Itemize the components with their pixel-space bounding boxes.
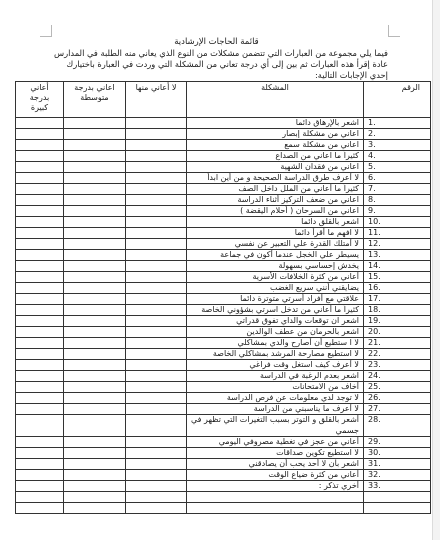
row-problem: يخدش إحساسي بسهولة [187, 261, 364, 272]
row-problem: لا أعرف ما يناسبني من الدراسة [187, 404, 364, 415]
row-number [364, 492, 431, 503]
header-none: لا أعاني منها [126, 82, 187, 118]
table-row: 5.اعاني من فقدان الشهية [16, 162, 431, 173]
table-row: 33.أخري تذكر : [16, 481, 431, 492]
row-problem: لا ا ستطيع أن أصارح والدي بمشاكلي [187, 338, 364, 349]
table-row: 6.لا أعرف طرق الدراسة الصحيحة و من أين ا… [16, 173, 431, 184]
document-title: قائمة الحاجات الإرشادية [0, 37, 433, 47]
table-row: 28.أشعر بالقلق و التوتر بسبب التغيرات ال… [16, 415, 431, 437]
row-problem: اشعر بالحرمان من عطف الوالدين [187, 327, 364, 338]
answer-cell-high[interactable] [16, 371, 64, 382]
answer-cell-none[interactable] [126, 360, 187, 371]
answer-cell-high[interactable] [16, 393, 64, 404]
row-problem: لا افهم ما أقرأ دائما [187, 228, 364, 239]
answer-cell-high[interactable] [16, 129, 64, 140]
table-row: 29.أعاني من عجز في تغطية مصروفي اليومي [16, 437, 431, 448]
answer-cell-medium[interactable] [64, 503, 126, 514]
row-number: 11. [364, 228, 431, 239]
table-row: 17.علاقتي مع أفراد أسرتي متوترة دائما [16, 294, 431, 305]
answer-cell-medium[interactable] [64, 228, 126, 239]
row-number: 4. [364, 151, 431, 162]
answer-cell-none[interactable] [126, 151, 187, 162]
intro-line-3: إحدي الإجابات التالية: [52, 70, 388, 81]
table-row: 18.كثيراً ما أعاني من تدخل اسرتي بشؤوني … [16, 305, 431, 316]
answer-cell-high[interactable] [16, 492, 64, 503]
answer-cell-high[interactable] [16, 305, 64, 316]
row-problem [187, 503, 364, 514]
table-row: 25.أخاف من الامتحانات [16, 382, 431, 393]
answer-cell-none[interactable] [126, 228, 187, 239]
answer-cell-medium[interactable] [64, 184, 126, 195]
answer-cell-high[interactable] [16, 316, 64, 327]
table-row: 27.لا أعرف ما يناسبني من الدراسة [16, 404, 431, 415]
table-row [16, 492, 431, 503]
answer-cell-medium[interactable] [64, 283, 126, 294]
answer-cell-high[interactable] [16, 140, 64, 151]
table-row: 3.اعاني من مشكلة سمع [16, 140, 431, 151]
row-number: 29. [364, 437, 431, 448]
answer-cell-high[interactable] [16, 239, 64, 250]
answer-cell-medium[interactable] [64, 195, 126, 206]
row-problem: أشعر بالقلق و التوتر بسبب التغيرات التي … [187, 415, 364, 437]
answer-cell-none[interactable] [126, 503, 187, 514]
answer-cell-high[interactable] [16, 360, 64, 371]
answer-cell-high[interactable] [16, 184, 64, 195]
row-problem: اعاني من فقدان الشهية [187, 162, 364, 173]
row-number: 9. [364, 206, 431, 217]
answer-cell-none[interactable] [126, 415, 187, 437]
header-problem: المشكلة [187, 82, 364, 118]
row-number: 21. [364, 338, 431, 349]
row-number: 19. [364, 316, 431, 327]
table-row: 8.اعاني من ضعف التركيز أثناء الدراسة [16, 195, 431, 206]
answer-cell-high[interactable] [16, 382, 64, 393]
table-row: 2.اعاني من مشكلة إبصار [16, 129, 431, 140]
answer-cell-medium[interactable] [64, 173, 126, 184]
table-row: 14.يخدش إحساسي بسهولة [16, 261, 431, 272]
table-row: 22.لا استطيع مصارحة المرشد بمشاكلي الخاص… [16, 349, 431, 360]
row-problem: كثيراً ما أعاني من تدخل اسرتي بشؤوني الخ… [187, 305, 364, 316]
row-number: 16. [364, 283, 431, 294]
row-number: 1. [364, 118, 431, 129]
answer-cell-none[interactable] [126, 118, 187, 129]
row-number: 3. [364, 140, 431, 151]
row-problem: لا توجد لدي معلومات عن فرص الدراسة [187, 393, 364, 404]
table-row: 9.اعاني من السرحان ( أحلام اليقضة ) [16, 206, 431, 217]
answer-cell-none[interactable] [126, 316, 187, 327]
answer-cell-none[interactable] [126, 261, 187, 272]
row-problem: اشعر بأن لا أحد يحب أن يصادقني [187, 459, 364, 470]
answer-cell-none[interactable] [126, 349, 187, 360]
answer-cell-medium[interactable] [64, 349, 126, 360]
answer-cell-medium[interactable] [64, 162, 126, 173]
row-problem: أعاني من عجز في تغطية مصروفي اليومي [187, 437, 364, 448]
table-header-row: الرقم المشكلة لا أعاني منها اعاني بدرجة … [16, 82, 431, 118]
table-row: 16.يضايقني أنني سريع الغضب [16, 283, 431, 294]
answer-cell-none[interactable] [126, 129, 187, 140]
header-medium: اعاني بدرجة متوسطة [64, 82, 126, 118]
answer-cell-none[interactable] [126, 162, 187, 173]
row-number: 22. [364, 349, 431, 360]
row-problem: علاقتي مع أفراد أسرتي متوترة دائما [187, 294, 364, 305]
row-problem: لا أعرف كيف استغل وقت فراغي [187, 360, 364, 371]
answer-cell-medium[interactable] [64, 382, 126, 393]
answer-cell-medium[interactable] [64, 338, 126, 349]
intro-line-2: عادة إقرأ هذه العبارات ثم بين إلى أي درج… [52, 59, 388, 70]
crop-mark-top-left [40, 25, 52, 37]
answer-cell-none[interactable] [126, 371, 187, 382]
answer-cell-medium[interactable] [64, 261, 126, 272]
answer-cell-high[interactable] [16, 437, 64, 448]
needs-table: الرقم المشكلة لا أعاني منها اعاني بدرجة … [15, 81, 431, 514]
table-row: 23.لا أعرف كيف استغل وقت فراغي [16, 360, 431, 371]
row-problem: يضايقني أنني سريع الغضب [187, 283, 364, 294]
row-number: 5. [364, 162, 431, 173]
row-problem: اعاني من السرحان ( أحلام اليقضة ) [187, 206, 364, 217]
answer-cell-medium[interactable] [64, 140, 126, 151]
answer-cell-high[interactable] [16, 283, 64, 294]
answer-cell-none[interactable] [126, 283, 187, 294]
row-number: 33. [364, 481, 431, 492]
answer-cell-none[interactable] [126, 481, 187, 492]
answer-cell-high[interactable] [16, 261, 64, 272]
table-row: 26.لا توجد لدي معلومات عن فرص الدراسة [16, 393, 431, 404]
row-problem: أخاف من الامتحانات [187, 382, 364, 393]
answer-cell-high[interactable] [16, 338, 64, 349]
row-number: 20. [364, 327, 431, 338]
answer-cell-high[interactable] [16, 349, 64, 360]
answer-cell-medium[interactable] [64, 239, 126, 250]
answer-cell-none[interactable] [126, 393, 187, 404]
answer-cell-medium[interactable] [64, 206, 126, 217]
row-problem [187, 492, 364, 503]
row-number: 7. [364, 184, 431, 195]
table-row: 31.اشعر بأن لا أحد يحب أن يصادقني [16, 459, 431, 470]
row-problem: لا أعرف طرق الدراسة الصحيحة و من أين ابد… [187, 173, 364, 184]
answer-cell-high[interactable] [16, 250, 64, 261]
intro-paragraph: فيما يلي مجموعة من العبارات التي تتضمن م… [52, 48, 388, 81]
row-number: 31. [364, 459, 431, 470]
scrollbar[interactable] [432, 0, 440, 540]
table-row: 32.أعاني من كثرة ضياع الوقت [16, 470, 431, 481]
answer-cell-medium[interactable] [64, 118, 126, 129]
row-problem: اعاني من مشكلة سمع [187, 140, 364, 151]
answer-cell-none[interactable] [126, 173, 187, 184]
header-number: الرقم [364, 82, 431, 118]
answer-cell-none[interactable] [126, 184, 187, 195]
table-row: 12.لا أمتلك القدرة علي التعبير عن نفسي [16, 239, 431, 250]
answer-cell-medium[interactable] [64, 305, 126, 316]
table-row: 7.كثيراً ما أعاني من الملل داخل الصف [16, 184, 431, 195]
row-problem: اشعر بعدم الرغبة في الدراسة [187, 371, 364, 382]
answer-cell-high[interactable] [16, 173, 64, 184]
crop-mark-top-right [388, 25, 400, 37]
answer-cell-medium[interactable] [64, 448, 126, 459]
table-row: 21.لا ا ستطيع أن أصارح والدي بمشاكلي [16, 338, 431, 349]
row-problem: لا استطيع تكوين صداقات [187, 448, 364, 459]
document-page: قائمة الحاجات الإرشادية فيما يلي مجموعة … [0, 0, 433, 540]
row-number: 2. [364, 129, 431, 140]
row-number: 25. [364, 382, 431, 393]
answer-cell-medium[interactable] [64, 327, 126, 338]
answer-cell-medium[interactable] [64, 393, 126, 404]
table-row [16, 503, 431, 514]
table-row: 24.اشعر بعدم الرغبة في الدراسة [16, 371, 431, 382]
answer-cell-none[interactable] [126, 294, 187, 305]
answer-cell-medium[interactable] [64, 470, 126, 481]
answer-cell-high[interactable] [16, 415, 64, 437]
row-problem: أعاني من كثرة ضياع الوقت [187, 470, 364, 481]
header-high: أعاني بدرجة كبيرة [16, 82, 64, 118]
answer-cell-high[interactable] [16, 272, 64, 283]
row-problem: أعاني من كثرة الخلافات الأسرية [187, 272, 364, 283]
answer-cell-medium[interactable] [64, 151, 126, 162]
answer-cell-medium[interactable] [64, 294, 126, 305]
table-row: 10.اشعر بالقلق دائما [16, 217, 431, 228]
answer-cell-medium[interactable] [64, 250, 126, 261]
answer-cell-none[interactable] [126, 195, 187, 206]
answer-cell-none[interactable] [126, 272, 187, 283]
row-problem: أخري تذكر : [187, 481, 364, 492]
row-number [364, 503, 431, 514]
answer-cell-none[interactable] [126, 459, 187, 470]
answer-cell-none[interactable] [126, 250, 187, 261]
answer-cell-none[interactable] [126, 305, 187, 316]
row-number: 13. [364, 250, 431, 261]
answer-cell-none[interactable] [126, 382, 187, 393]
answer-cell-high[interactable] [16, 448, 64, 459]
table-row: 30.لا استطيع تكوين صداقات [16, 448, 431, 459]
table-row: 13.يسيطر علي الخجل عندما أكون في جماعة [16, 250, 431, 261]
answer-cell-none[interactable] [126, 140, 187, 151]
row-problem: كثيراً ما أعاني من الملل داخل الصف [187, 184, 364, 195]
answer-cell-high[interactable] [16, 404, 64, 415]
answer-cell-none[interactable] [126, 470, 187, 481]
row-problem: اشعر بالقلق دائما [187, 217, 364, 228]
row-number: 26. [364, 393, 431, 404]
row-number: 24. [364, 371, 431, 382]
row-number: 14. [364, 261, 431, 272]
answer-cell-high[interactable] [16, 481, 64, 492]
row-problem: اعاني من مشكلة إبصار [187, 129, 364, 140]
table-row: 20.اشعر بالحرمان من عطف الوالدين [16, 327, 431, 338]
answer-cell-medium[interactable] [64, 437, 126, 448]
row-number: 18. [364, 305, 431, 316]
answer-cell-medium[interactable] [64, 272, 126, 283]
intro-line-1: فيما يلي مجموعة من العبارات التي تتضمن م… [52, 48, 388, 59]
answer-cell-none[interactable] [126, 239, 187, 250]
row-number: 17. [364, 294, 431, 305]
answer-cell-high[interactable] [16, 217, 64, 228]
answer-cell-medium[interactable] [64, 459, 126, 470]
row-problem: كثيراً ما اعاني من الصداع [187, 151, 364, 162]
answer-cell-high[interactable] [16, 459, 64, 470]
answer-cell-none[interactable] [126, 327, 187, 338]
row-problem: لا أمتلك القدرة علي التعبير عن نفسي [187, 239, 364, 250]
answer-cell-high[interactable] [16, 294, 64, 305]
answer-cell-medium[interactable] [64, 371, 126, 382]
table-body: 1.اشعر بالإرهاق دائما2.اعاني من مشكلة إب… [16, 118, 431, 514]
row-number: 30. [364, 448, 431, 459]
row-problem: لا استطيع مصارحة المرشد بمشاكلي الخاصة [187, 349, 364, 360]
row-number: 32. [364, 470, 431, 481]
row-problem: اعاني من ضعف التركيز أثناء الدراسة [187, 195, 364, 206]
row-problem: اشعر ان توقعات والداي تفوق قدراتي [187, 316, 364, 327]
row-problem: اشعر بالإرهاق دائما [187, 118, 364, 129]
answer-cell-high[interactable] [16, 470, 64, 481]
answer-cell-medium[interactable] [64, 316, 126, 327]
answer-cell-high[interactable] [16, 206, 64, 217]
answer-cell-medium[interactable] [64, 415, 126, 437]
answer-cell-medium[interactable] [64, 481, 126, 492]
answer-cell-none[interactable] [126, 338, 187, 349]
table-row: 15.أعاني من كثرة الخلافات الأسرية [16, 272, 431, 283]
answer-cell-high[interactable] [16, 118, 64, 129]
row-number: 6. [364, 173, 431, 184]
row-problem: يسيطر علي الخجل عندما أكون في جماعة [187, 250, 364, 261]
table-row: 4.كثيراً ما اعاني من الصداع [16, 151, 431, 162]
answer-cell-high[interactable] [16, 327, 64, 338]
row-number: 23. [364, 360, 431, 371]
answer-cell-high[interactable] [16, 503, 64, 514]
answer-cell-medium[interactable] [64, 217, 126, 228]
row-number: 8. [364, 195, 431, 206]
table-row: 19.اشعر ان توقعات والداي تفوق قدراتي [16, 316, 431, 327]
row-number: 28. [364, 415, 431, 437]
answer-cell-high[interactable] [16, 151, 64, 162]
answer-cell-high[interactable] [16, 195, 64, 206]
row-number: 10. [364, 217, 431, 228]
answer-cell-high[interactable] [16, 162, 64, 173]
answer-cell-none[interactable] [126, 437, 187, 448]
answer-cell-none[interactable] [126, 217, 187, 228]
answer-cell-none[interactable] [126, 404, 187, 415]
answer-cell-medium[interactable] [64, 492, 126, 503]
row-number: 12. [364, 239, 431, 250]
answer-cell-none[interactable] [126, 206, 187, 217]
answer-cell-medium[interactable] [64, 129, 126, 140]
table-row: 1.اشعر بالإرهاق دائما [16, 118, 431, 129]
row-number: 27. [364, 404, 431, 415]
answer-cell-medium[interactable] [64, 404, 126, 415]
row-number: 15. [364, 272, 431, 283]
answer-cell-high[interactable] [16, 228, 64, 239]
answer-cell-medium[interactable] [64, 360, 126, 371]
answer-cell-none[interactable] [126, 448, 187, 459]
table-row: 11.لا افهم ما أقرأ دائما [16, 228, 431, 239]
answer-cell-none[interactable] [126, 492, 187, 503]
